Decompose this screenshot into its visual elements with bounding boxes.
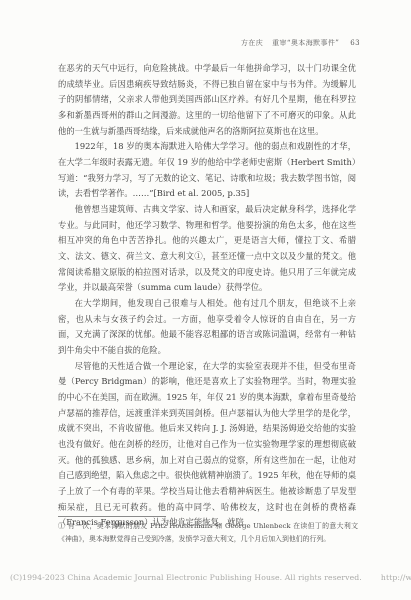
paragraph: 在大学期间，他发现自己很难与人相处。他有过几个朋友，但绝谈不上亲密，也从未与女孩… <box>58 296 356 359</box>
footnote-text: ① 有一次，奥本海默的朋友 Fritz Houtermans 和 George … <box>58 522 358 543</box>
publisher-copyright-line: (C)1994-2023 China Academic Journal Elec… <box>10 573 411 582</box>
copyright-text: (C)1994-2023 China Academic Journal Elec… <box>10 573 362 582</box>
footnote: ① 有一次，奥本海默的朋友 Fritz Houtermans 和 George … <box>58 520 358 546</box>
article-body: 在恶劣的天气中远行，向危险挑战。中学最后一年他拼命学习，以十门功课全优的成绩毕业… <box>58 61 356 531</box>
running-head-article-title: 重审“奥本海默事件” <box>272 38 339 48</box>
footnote-divider <box>58 516 166 517</box>
paragraph: 1922年，18 岁的奥本海默进入哈佛大学学习。他的弱点和戏剧性的才华，在大学二… <box>58 139 356 202</box>
paragraph: 尽管他的天性适合做一个理论家，在大学的实验室表现并不佳，但受布里奇曼（Percy… <box>58 359 356 531</box>
running-head-author: 方在庆 <box>241 38 263 48</box>
journal-scan-page: 方在庆 重审“奥本海默事件” 63 在恶劣的天气中远行，向危险挑战。中学最后一年… <box>0 0 411 600</box>
paragraph: 他曾想当建筑师、古典文学家、诗人和画家，最后决定献身科学，选择化学专业。与此同时… <box>58 202 356 296</box>
paragraph-continuation: 在恶劣的天气中远行，向危险挑战。中学最后一年他拼命学习，以十门功课全优的成绩毕业… <box>58 61 356 139</box>
page-number: 63 <box>350 39 360 47</box>
running-head: 方在庆 重审“奥本海默事件” 63 <box>241 38 360 48</box>
publisher-url: http://www.cnki.ne <box>381 573 411 582</box>
